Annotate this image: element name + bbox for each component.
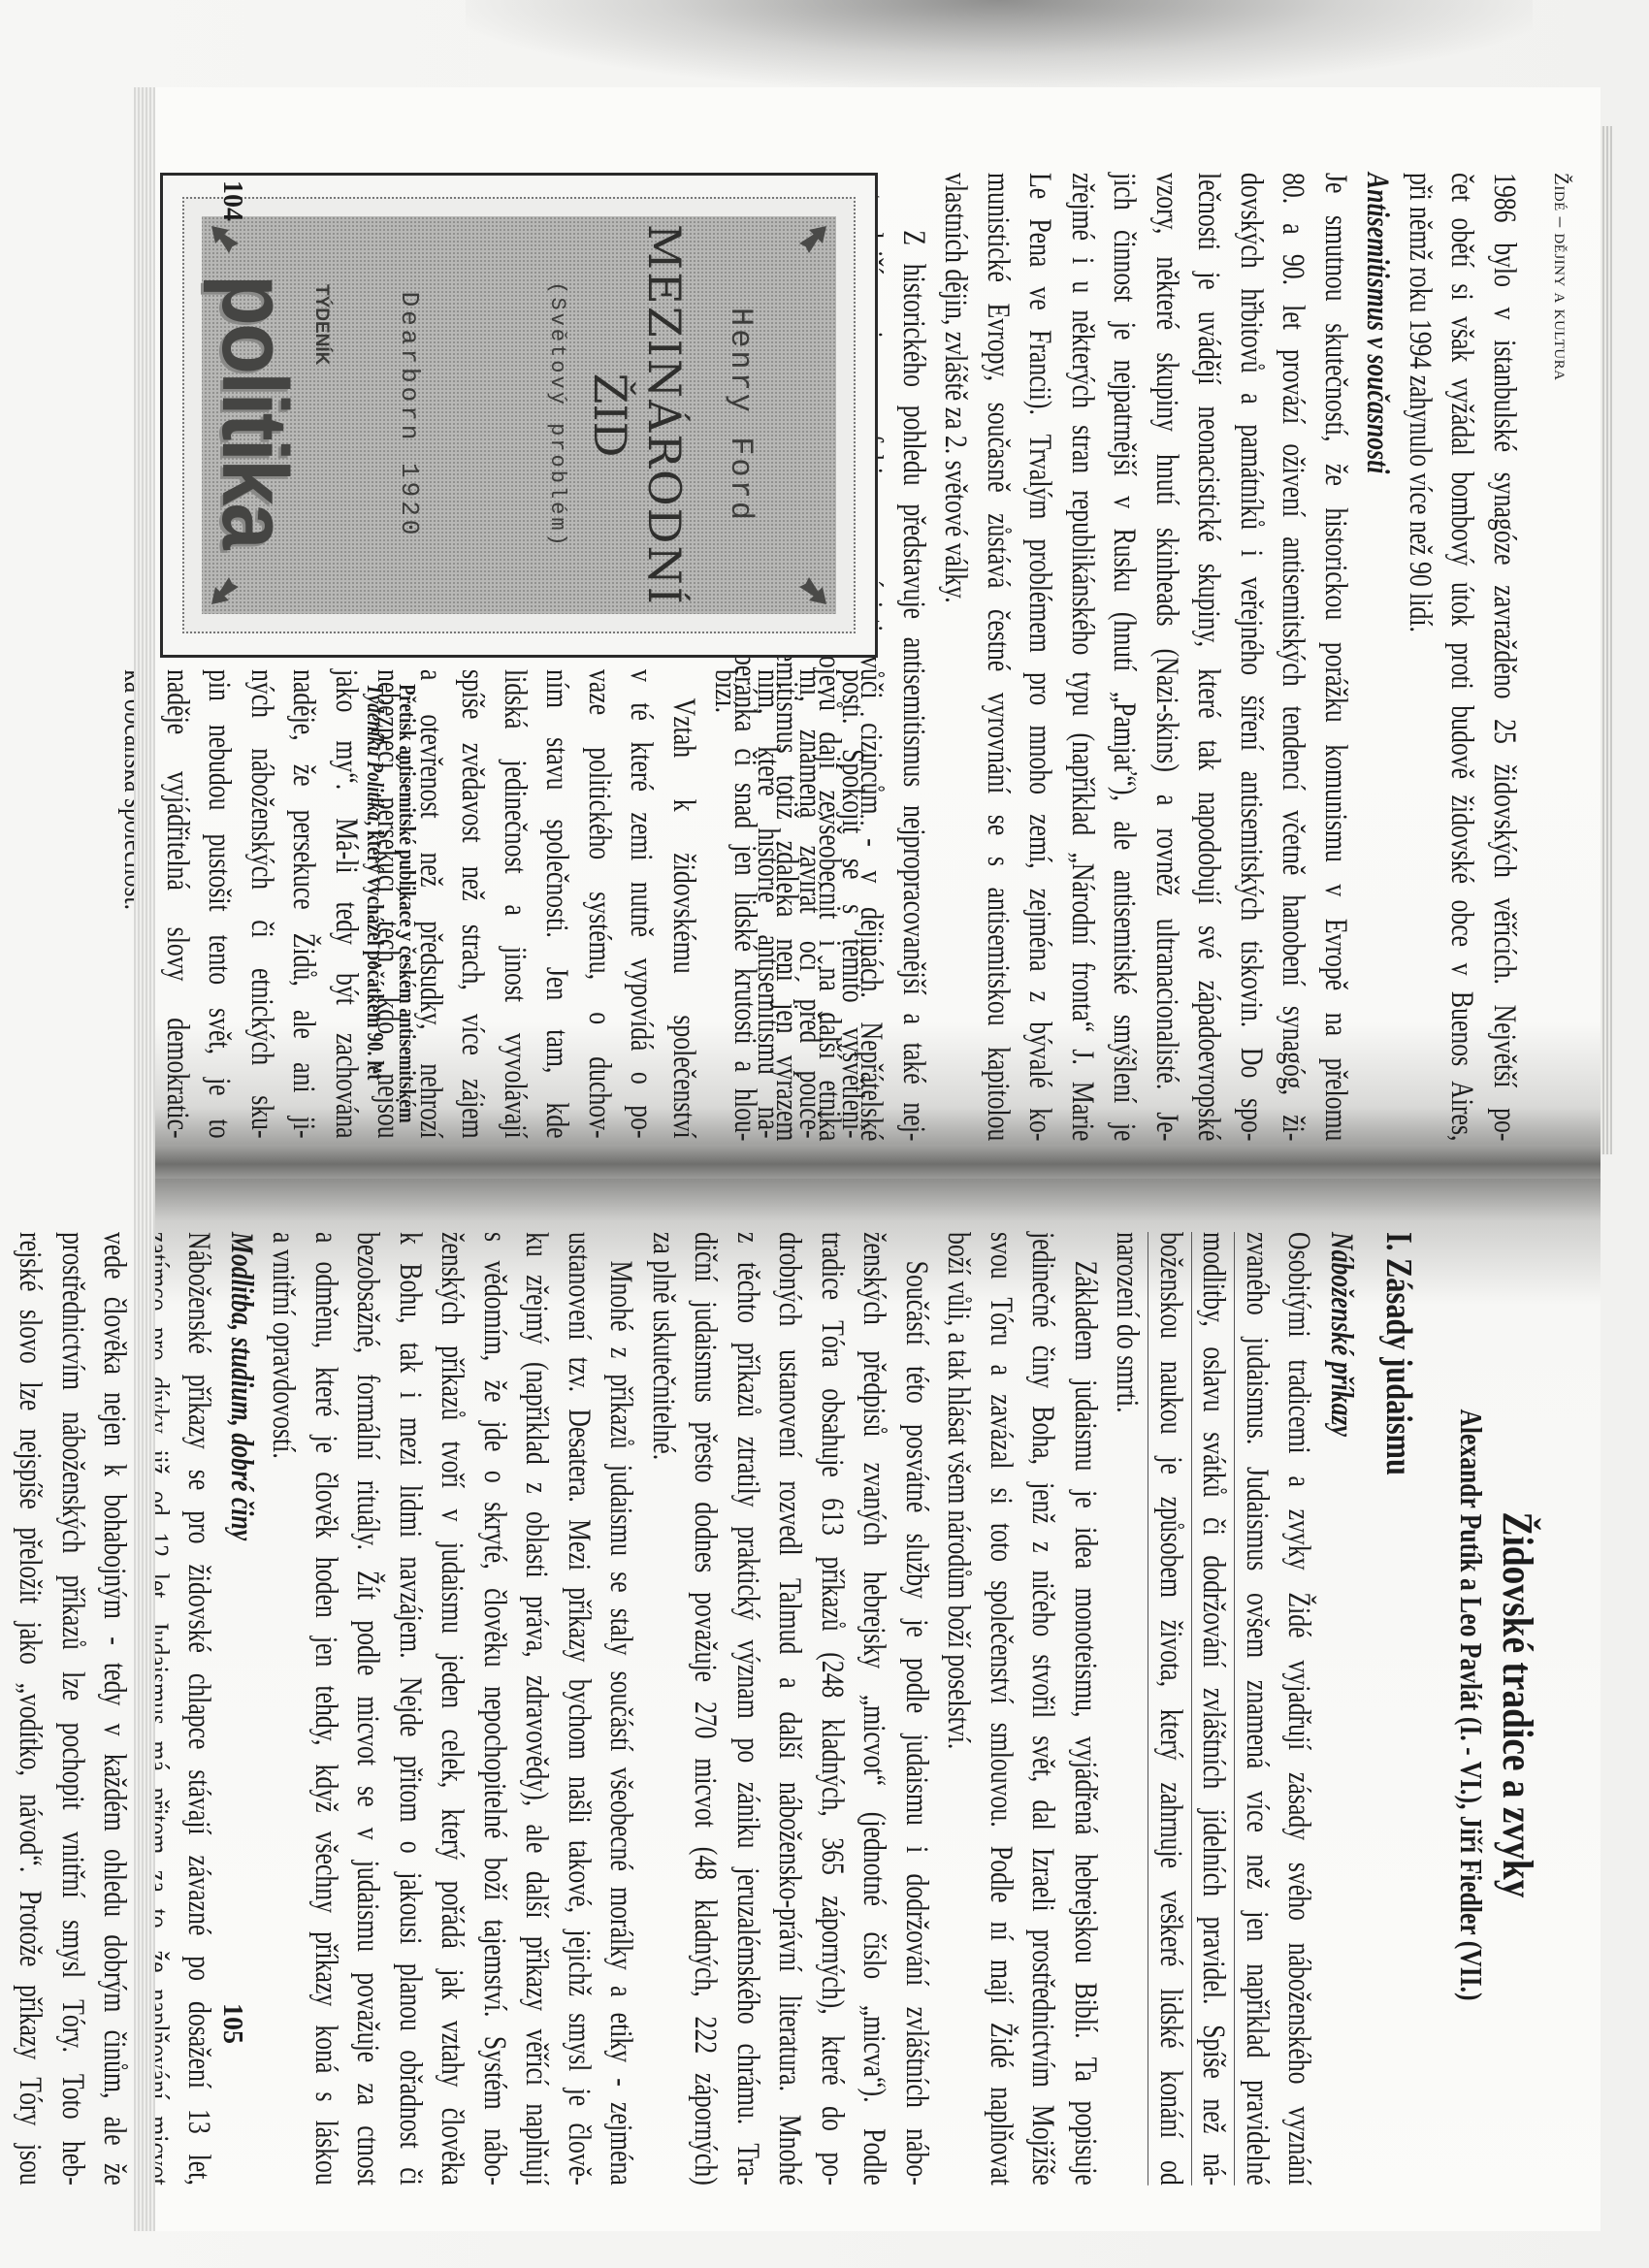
underlined-text-line: modlitby, oslavu svátků či dodržování zv… bbox=[1191, 1232, 1235, 2186]
text-line: dovských hřbitovů a památníků i veřejnéh… bbox=[1230, 173, 1273, 1141]
subheading-nabozenske-prikazy: Náboženské příkazy bbox=[1320, 1232, 1363, 2186]
text-line: a vnitřní opravdovostí. bbox=[262, 1232, 305, 2186]
text-line: jedinečné činy Boha, jenž z ničeho stvoř… bbox=[1021, 1232, 1064, 2186]
text-line: Osobitými tradicemi a zvyky Židé vyjadřu… bbox=[1277, 1232, 1320, 2186]
cover-title-line1: MEZINÁRODNÍ bbox=[638, 216, 691, 614]
fan-ornament-icon bbox=[782, 224, 828, 271]
text-line: ním stavu společnosti. Jen tam, kde bbox=[535, 669, 578, 1139]
text-line: narození do smrti. bbox=[1106, 1232, 1148, 2186]
text-line: za plně uskutečnitelné. bbox=[642, 1232, 685, 2186]
text-line: posti. Spokojit se s těmito vysvětlení- bbox=[831, 669, 874, 1139]
text-line: Součástí této posvátné služby je podle j… bbox=[895, 1232, 938, 2186]
page-104: Židé – dějiny a kultura 1986 bylo v ista… bbox=[136, 87, 1600, 1150]
text-line: naděje, že persekuce Židů, ale ani ji- bbox=[282, 669, 325, 1139]
text-line: ku zřejmý (například z oblasti práva, zd… bbox=[515, 1232, 558, 2186]
text-line: Mnohé z příkazů judaismu se staly součás… bbox=[599, 1232, 642, 2186]
text-line: rejské slovo lze nejspíše přeložit jako … bbox=[9, 1232, 51, 2186]
text-line: s vědomím, že jde o skryté, člověku nepo… bbox=[473, 1232, 516, 2186]
text-line: jich činnost je nejpatrnější v Rusku (hn… bbox=[1103, 173, 1146, 1141]
scanned-book-spread: Židé – dějiny a kultura 1986 bylo v ista… bbox=[0, 0, 1649, 2268]
chapter-authors: Alexandr Putík a Leo Pavlát (I. - VI.), … bbox=[1453, 1284, 1489, 2126]
text-line: munistické Evropy, současně zůstává čest… bbox=[977, 173, 1019, 1141]
text-line: bezobsažné, formální rituály. Žít podle … bbox=[346, 1232, 389, 2186]
section-heading-antisemitismus: Antisemitismus v současnosti bbox=[1356, 173, 1399, 1141]
text-line: Le Pena ve Francii). Trvalým problémem p… bbox=[1018, 173, 1061, 1141]
text-line: prostřednictvím náboženských příkazů lze… bbox=[51, 1232, 94, 2186]
page-number-105: 105 bbox=[216, 2003, 247, 2044]
text-line: Vztah k židovskému společenství bbox=[663, 669, 705, 1139]
underlined-text-line: boženskou naukou je způsobem života, kte… bbox=[1148, 1232, 1192, 2186]
text-line: svou Tóru a zavázal si toto společenství… bbox=[980, 1232, 1022, 2186]
text-line: čet obětí si však vyžádal bombový útok p… bbox=[1440, 173, 1483, 1141]
underlined-text-line: zvaného judaismus. Judaismus ovšem zname… bbox=[1235, 1232, 1278, 2186]
text-line: bízí. bbox=[704, 669, 747, 1139]
text-line: lidská jedinečnost a jinost vyvolávají bbox=[494, 669, 536, 1139]
text-line: vede člověka nejen k bohabojným - tedy v… bbox=[93, 1232, 136, 2186]
cover-subtitle: (Světový problém) bbox=[545, 216, 569, 614]
text-line: drobných ustanovení rozvedl Talmud a dal… bbox=[768, 1232, 811, 2186]
figure-inner-frame: Henry Ford MEZINÁRODNÍ ŽID (Světový prob… bbox=[182, 197, 856, 633]
text-line: pin nebudou pustošit tento svět, je to bbox=[198, 669, 241, 1139]
text-line: ustanovení tzv. Desatera. Mezi příkazy b… bbox=[558, 1232, 600, 2186]
text-line: ním, které historie antisemitismu na- bbox=[747, 669, 790, 1139]
page-edges-bottom bbox=[134, 87, 155, 2231]
text-line: ženských příkazů tvoří v judaismu jeden … bbox=[431, 1232, 473, 2186]
text-line: tradice Tóra obsahuje 613 příkazů (248 k… bbox=[811, 1232, 854, 2186]
text-line: mi, znamená zavírat oči před pouče- bbox=[789, 669, 831, 1139]
text-line: zřejmé i u některých stran republikánské… bbox=[1061, 173, 1104, 1141]
section-title: I. Zásady judaismu bbox=[1377, 1232, 1420, 1475]
text-line: 80. a 90. let provází oživení antisemits… bbox=[1272, 173, 1314, 1141]
text-line: Náboženské příkazy se pro židovské chlap… bbox=[178, 1232, 220, 2186]
text-line: spíše zvědavost než strach, více zájem bbox=[451, 669, 494, 1139]
text-line: Základem judaismu je idea monoteismu, vy… bbox=[1064, 1232, 1107, 2186]
text-line: při němž roku 1994 zahynulo více než 90 … bbox=[1399, 173, 1441, 1141]
cover-title-line2: ŽID bbox=[584, 216, 636, 614]
fan-ornament-icon bbox=[210, 224, 256, 271]
caption-italic-title: Týdeníku Politika bbox=[362, 684, 387, 821]
text-line: boží vůli, a tak hlásat všem národům bož… bbox=[937, 1232, 980, 2186]
text-line: a odměnu, které je člověk hoden jen tehd… bbox=[305, 1232, 347, 2186]
text-line: Je smutnou skutečností, že historickou p… bbox=[1314, 173, 1357, 1141]
fan-ornament-icon bbox=[210, 560, 256, 606]
text-line: vzory, některé skupiny hnutí skinheads (… bbox=[1146, 173, 1188, 1141]
running-head: Židé – dějiny a kultura bbox=[1549, 173, 1573, 380]
caption-text: Přetisk antisemitské publikace v českém … bbox=[394, 684, 419, 1123]
text-line: ženských předpisů zvaných hebrejsky „mic… bbox=[853, 1232, 895, 2186]
page-104-narrow-column: posti. Spokojit se s těmito vysvětlení- … bbox=[113, 669, 873, 1139]
book-gutter bbox=[136, 1145, 1600, 1183]
cover-reproduction-figure: Henry Ford MEZINÁRODNÍ ŽID (Světový prob… bbox=[160, 173, 878, 658]
fan-ornament-icon bbox=[782, 560, 828, 606]
text-line: naděje vyjádřitelná slovy demokratic- bbox=[156, 669, 199, 1139]
page-edges-top bbox=[1599, 126, 1612, 1154]
page-number-104: 104 bbox=[216, 180, 247, 221]
text-line: k Bohu, tak i mezi lidmi navzájem. Nejde… bbox=[389, 1232, 432, 2186]
cover-image: Henry Ford MEZINÁRODNÍ ŽID (Světový prob… bbox=[202, 216, 836, 614]
cover-author: Henry Ford bbox=[723, 216, 759, 614]
scanner-shadow bbox=[466, 0, 1533, 87]
open-book: Židé – dějiny a kultura 1986 bylo v ista… bbox=[136, 87, 1600, 2231]
text-line: v té které zemi nutně vypovídá o po- bbox=[620, 669, 663, 1139]
text-line: vlastních dějin, zvláště za 2. světové v… bbox=[934, 173, 977, 1141]
weekly-label: TÝDENÍK bbox=[310, 284, 332, 365]
text-line: z těchto příkazů ztratily praktický význ… bbox=[727, 1232, 769, 2186]
figure-caption: Přetisk antisemitské publikace v českém … bbox=[358, 684, 422, 1150]
politika-masthead: politika bbox=[201, 275, 307, 547]
text-line: ných náboženských či etnických sku- bbox=[241, 669, 283, 1139]
text-line: lečnosti je uvádějí neonacistické skupin… bbox=[1187, 173, 1230, 1141]
cover-place-year: Dearborn 1920 bbox=[395, 216, 424, 614]
page-105-column: Náboženské příkazy Osobitými tradicemi a… bbox=[9, 1232, 1362, 2186]
caption-text: , který vycházel počátkem 90. let bbox=[362, 821, 387, 1080]
text-line: Z historického pohledu představuje antis… bbox=[892, 173, 935, 1141]
chapter-title: Židovské tradice a zvyky bbox=[1493, 1257, 1542, 2152]
text-line: diční judaismus přesto dodnes považuje 2… bbox=[684, 1232, 727, 2186]
text-line: vaze politického systému, o duchov- bbox=[578, 669, 621, 1139]
text-line: 1986 bylo v istanbulské synagóze zavražd… bbox=[1483, 173, 1526, 1141]
